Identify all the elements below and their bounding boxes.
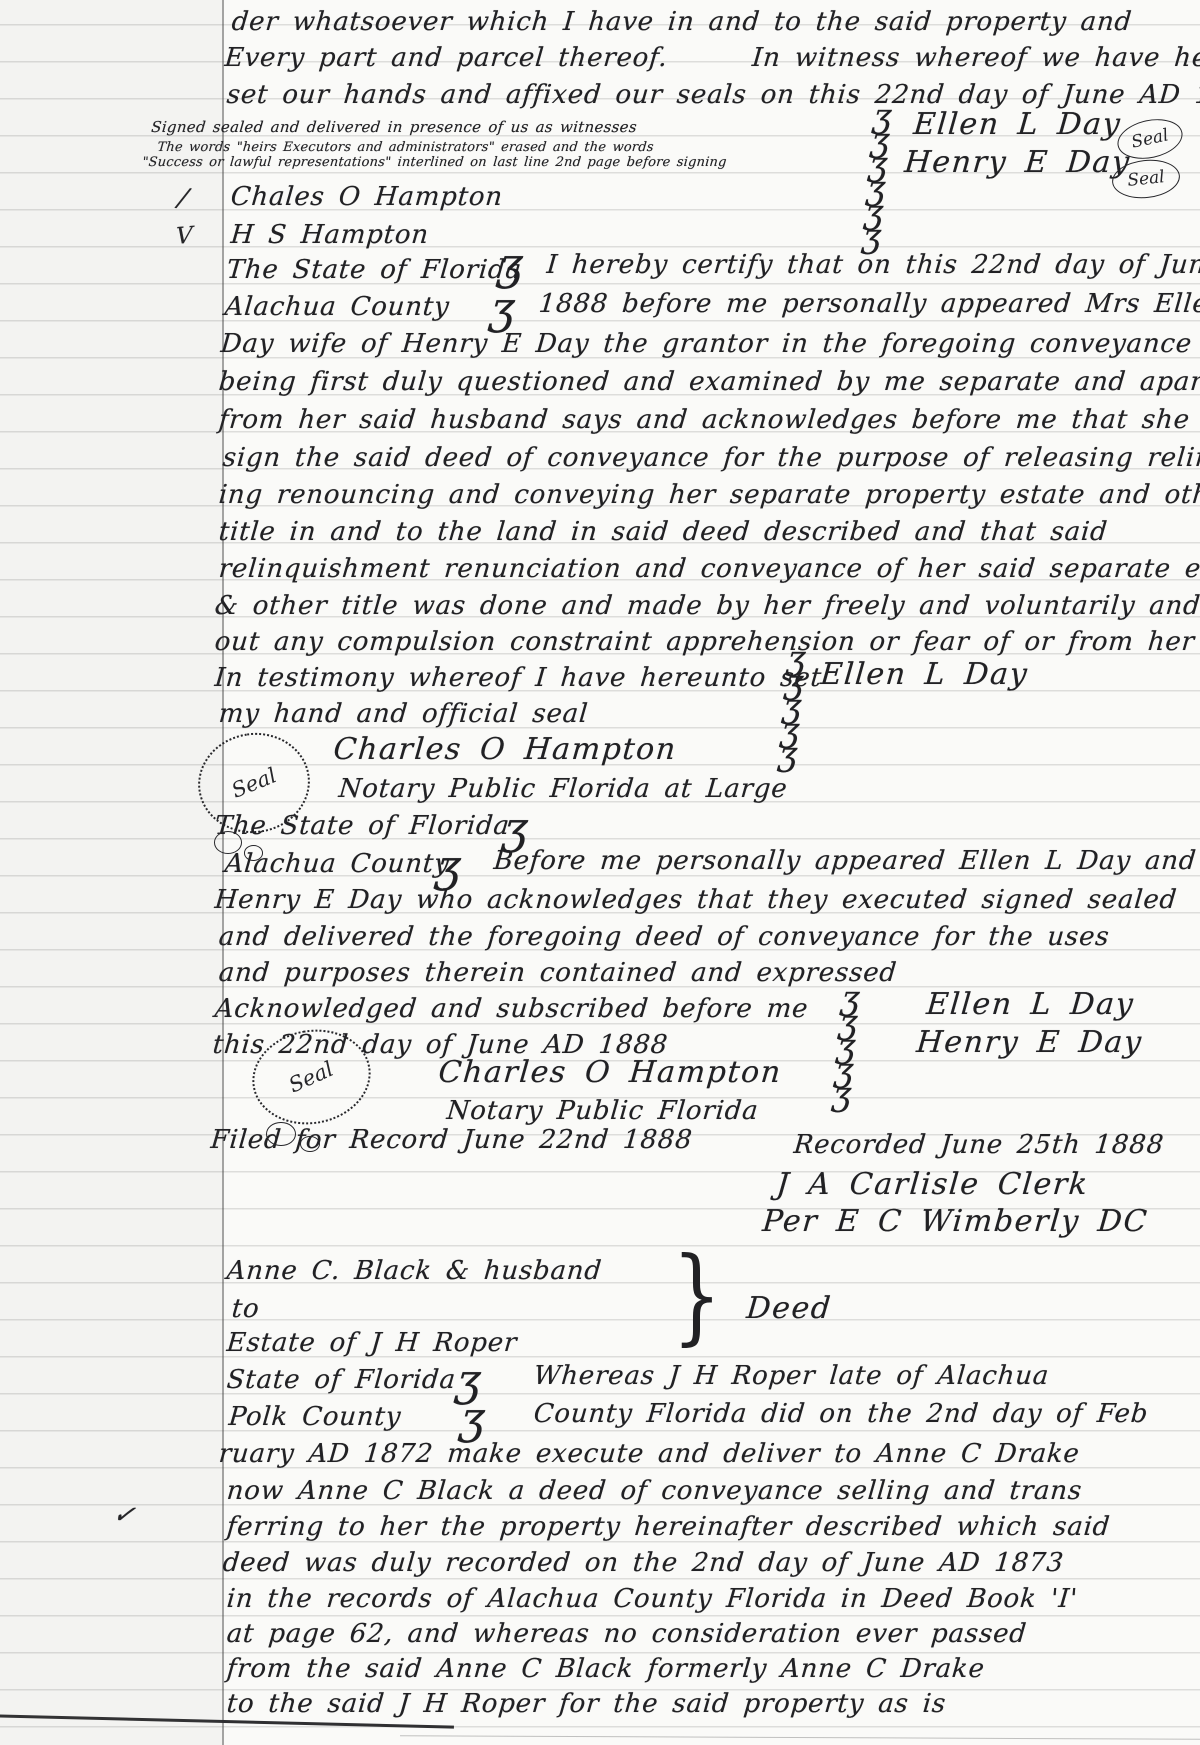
check-mark: ✓ [110,1500,137,1532]
text-line: Ellen L Day [925,988,1136,1023]
text-line: ing renouncing and conveying her separat… [217,481,1200,511]
text-line: and purposes therein contained and expre… [217,959,898,989]
text-line: I hereby certify that on this 22nd day o… [545,251,1200,281]
text-line: relinquishment renunciation and conveyan… [217,555,1200,585]
text-line: State of Florida [225,1366,457,1396]
text-line: Signed sealed and delivered in presence … [150,119,637,136]
text-line: from her said husband says and acknowled… [217,406,1200,436]
text-line: Ellen L Day [912,108,1123,143]
text-line: The words "heirs Executors and administr… [157,141,655,156]
text-line: Charles O Hampton [437,1056,783,1091]
text-line: to the said J H Roper for the said prope… [225,1690,947,1720]
text-line: Acknowledged and subscribed before me [213,995,809,1025]
text-line: J A Carlisle Clerk [775,1168,1090,1203]
text-line: my hand and official seal [217,700,589,730]
text-line: The State of Florida [225,256,523,286]
notary-seal: Seal [252,1030,371,1124]
text-line: Recorded June 25th 1888 [792,1131,1165,1161]
text-line: ruary AD 1872 make execute and deliver t… [217,1440,1081,1470]
text-line: and delivered the foregoing deed of conv… [217,923,1110,953]
text-line: Charles O Hampton [332,733,678,768]
text-line: out any compulsion constraint apprehensi… [213,628,1200,658]
text-line: Deed [745,1292,833,1327]
text-line: Henry E Day who acknowledges that they e… [213,886,1178,916]
deed-brace: } [672,1243,722,1347]
brace-mark: ʒ [501,804,530,855]
seal-label: Seal [1126,167,1165,191]
seal-label: Seal [228,763,280,803]
text-line: der whatsoever which I have in and to th… [230,8,1133,38]
witness-tick: / [175,184,190,215]
brace-column: ʒ ʒ ʒ ʒ ʒ [832,986,861,1106]
text-line: Before me personally appeared Ellen L Da… [492,847,1197,877]
text-line: title in and to the land in said deed de… [217,518,1108,548]
text-line: & other title was done and made by her f… [213,592,1200,622]
brace-mark: ʒ [434,842,463,893]
text-line: Ellen L Day [819,658,1030,693]
seal-flourish-loop [214,831,242,854]
notary-seal-ring: Seal [245,1020,379,1133]
text-line: Per E C Wimberly DC [761,1205,1150,1240]
text-line: ferring to her the property hereinafter … [225,1513,1111,1543]
text-line: Chales O Hampton [229,183,504,213]
text-line: deed was duly recorded on the 2nd day of… [221,1549,1065,1579]
text-line: 1888 before me personally appeared Mrs E… [537,290,1200,320]
text-line: "Success or lawful representations" inte… [142,156,727,171]
text-line: County Florida did on the 2nd day of Feb [532,1400,1149,1430]
page: der whatsoever which I have in and to th… [0,0,1200,1745]
brace-column: ʒ ʒ ʒ ʒ ʒ ʒ [861,104,892,248]
text-line: Henry E Day [903,146,1132,181]
text-line: Polk County [227,1403,402,1433]
text-line: from the said Anne C Black formerly Anne… [225,1655,986,1685]
witness-tick: V [176,223,193,251]
text-line: sign the said deed of conveyance for the… [221,444,1200,474]
text-line: H S Hampton [229,221,430,251]
text-line: in the records of Alachua County Florida… [225,1585,1079,1615]
notary-seal: Seal [198,733,310,833]
text-line: Notary Public Florida at Large [337,775,788,805]
text-line: Anne C. Black & husband [225,1257,603,1287]
text-line: Day wife of Henry E Day the grantor in t… [219,330,1200,360]
seal-label: Seal [1130,125,1171,152]
notary-seal-ring: Seal [192,726,317,841]
brace-mark: ʒ [458,1394,487,1445]
text-line: at page 62, and whereas no consideration… [225,1620,1028,1650]
text-line: Every part and parcel thereof. In witnes… [223,44,1200,74]
text-line: Notary Public Florida [445,1097,759,1127]
page-bottom-edge-faint [400,1735,1200,1740]
text-line: to [230,1295,260,1325]
text-line: Whereas J H Roper late of Alachua [532,1362,1050,1392]
text-line: Alachua County [223,293,450,323]
text-line: In testimony whereof I have hereunto set [213,664,823,694]
text-line: being first duly questioned and examined… [217,368,1200,398]
text-line: Henry E Day [915,1026,1144,1061]
text-line: now Anne C Black a deed of conveyance se… [225,1477,1083,1507]
seal-flourish-loop [244,845,263,861]
seal-label: Seal [286,1057,338,1098]
brace-mark: ʒ [488,284,517,335]
